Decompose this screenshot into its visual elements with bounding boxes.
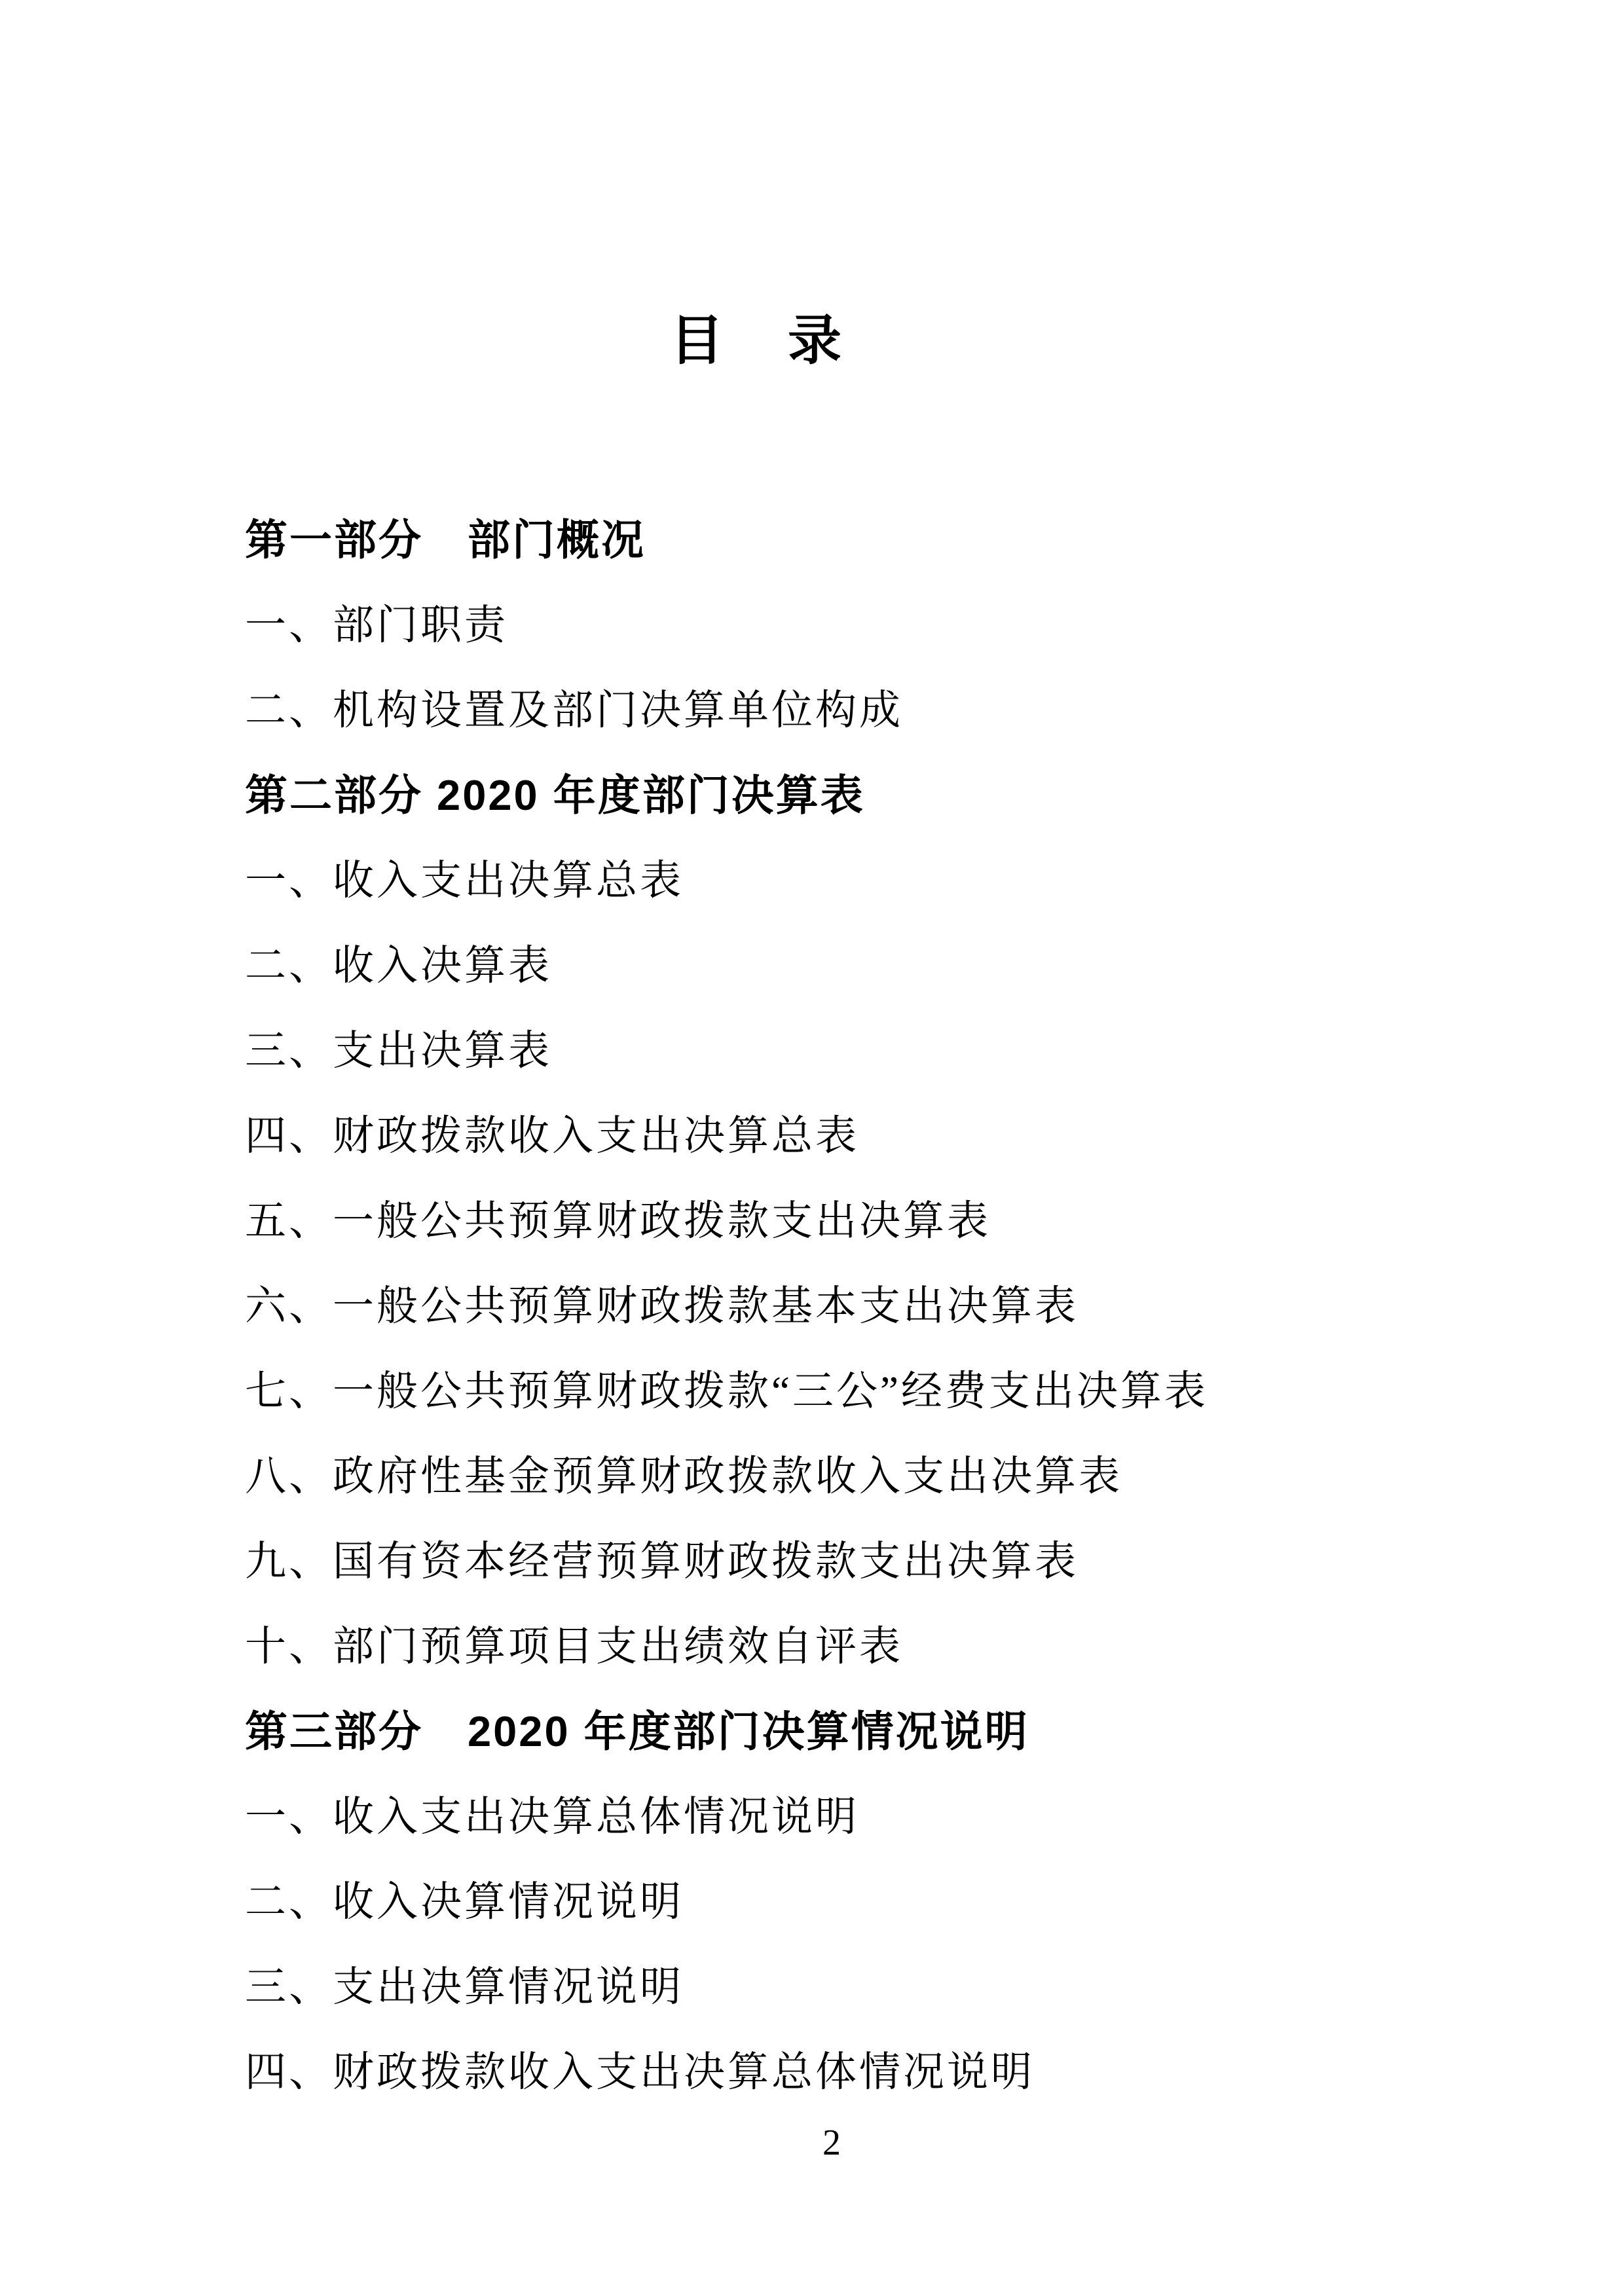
toc-heading-part-2: 第二部分 2020 年度部门决算表 (245, 749, 1397, 834)
page-number-text: 2 (822, 2123, 841, 2163)
toc-entry-2-1: 一、收入支出决算总表 (245, 834, 1397, 919)
toc-entry-2-5: 五、一般公共预算财政拨款支出决算表 (245, 1175, 1397, 1260)
toc-entry-2-7: 七、一般公共预算财政拨款“三公”经费支出决算表 (245, 1345, 1397, 1430)
toc-entry-2-4: 四、财政拨款收入支出决算总表 (245, 1089, 1397, 1175)
toc-entry-3-4: 四、财政拨款收入支出决算总体情况说明 (245, 2026, 1397, 2111)
toc-heading-part-1: 第一部分 部门概况 (245, 494, 1397, 579)
toc-entry-1-1: 一、部门职责 (245, 579, 1397, 664)
toc-entry-2-8: 八、政府性基金预算财政拨款收入支出决算表 (245, 1430, 1397, 1515)
toc-entry-2-9: 九、国有资本经营预算财政拨款支出决算表 (245, 1515, 1397, 1600)
toc-entry-2-2: 二、收入决算表 (245, 919, 1397, 1004)
toc-entry-2-6: 六、一般公共预算财政拨款基本支出决算表 (245, 1260, 1397, 1345)
toc-entry-1-2: 二、机构设置及部门决算单位构成 (245, 664, 1397, 749)
toc-heading-part-3: 第三部分 2020 年度部门决算情况说明 (245, 1685, 1397, 1770)
page-title: 目 录 (0, 305, 1624, 377)
toc-entry-3-2: 二、收入决算情况说明 (245, 1855, 1397, 1941)
page-number: 2 (0, 2123, 1624, 2162)
toc-entry-3-3: 三、支出决算情况说明 (245, 1941, 1397, 2026)
table-of-contents: 第一部分 部门概况 一、部门职责 二、机构设置及部门决算单位构成 第二部分 20… (245, 494, 1397, 2111)
toc-entry-2-3: 三、支出决算表 (245, 1004, 1397, 1089)
toc-entry-3-1: 一、收入支出决算总体情况说明 (245, 1770, 1397, 1855)
page-title-text: 目 录 (670, 311, 847, 371)
toc-entry-2-10: 十、部门预算项目支出绩效自评表 (245, 1600, 1397, 1685)
